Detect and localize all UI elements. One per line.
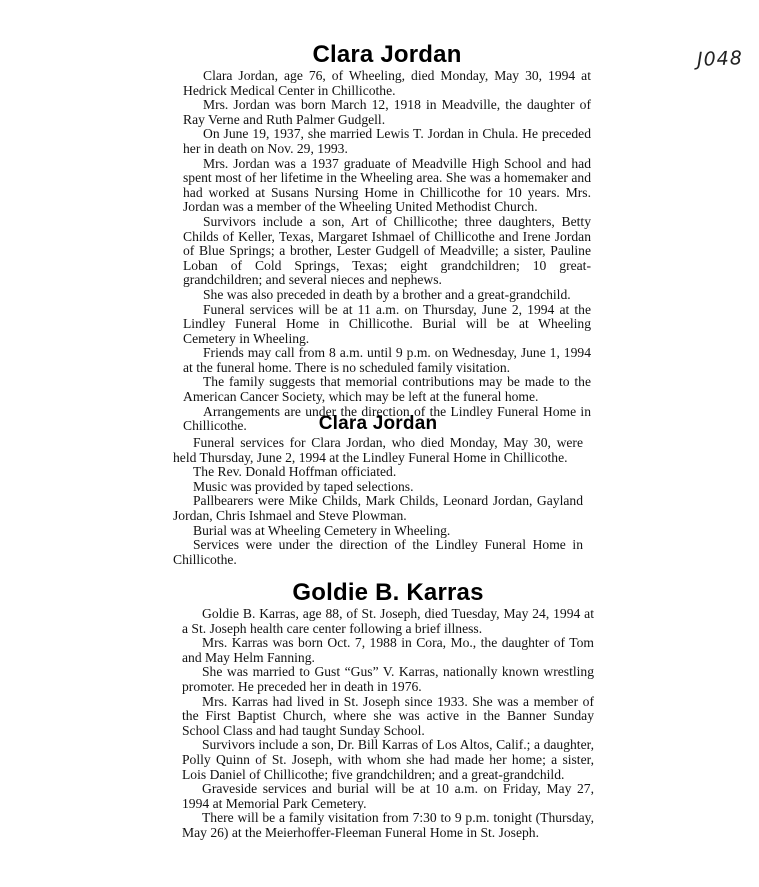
obituary-paragraph: She was married to Gust “Gus” V. Karras,… [182,665,594,694]
obituary-paragraph: Mrs. Jordan was born March 12, 1918 in M… [183,98,591,127]
obituary-paragraph: Pallbearers were Mike Childs, Mark Child… [173,494,583,523]
obituary-paragraph: Funeral services will be at 11 a.m. on T… [183,303,591,347]
obituary-paragraph: Mrs. Karras was born Oct. 7, 1988 in Cor… [182,636,594,665]
obituary-paragraph: The family suggests that memorial contri… [183,375,591,404]
obituary-heading: Clara Jordan [173,413,583,435]
scanned-page: J048 Clara Jordan Clara Jordan, age 76, … [0,0,759,887]
obituary-paragraph: Mrs. Karras had lived in St. Joseph sinc… [182,695,594,739]
obituary-paragraph: Music was provided by taped selections. [173,480,583,495]
obituary-paragraph: Survivors include a son, Dr. Bill Karras… [182,738,594,782]
obituary-heading: Clara Jordan [183,41,591,69]
handwritten-file-code: J048 [697,47,744,71]
obituary-paragraph: Services were under the direction of the… [173,538,583,567]
obituary-paragraph: The Rev. Donald Hoffman officiated. [173,465,583,480]
obituary-paragraph: Survivors include a son, Art of Chillico… [183,215,591,288]
funeral-notice-clara-jordan: Clara Jordan Funeral services for Clara … [173,413,583,567]
obituary-paragraph: Goldie B. Karras, age 88, of St. Joseph,… [182,607,594,636]
obituary-paragraph: Graveside services and burial will be at… [182,782,594,811]
obituary-paragraph: Mrs. Jordan was a 1937 graduate of Meadv… [183,157,591,215]
obituary-paragraph: There will be a family visitation from 7… [182,811,594,840]
obituary-paragraph: Clara Jordan, age 76, of Wheeling, died … [183,69,591,98]
obituary-paragraph: Funeral services for Clara Jordan, who d… [173,436,583,465]
obituary-goldie-karras: Goldie B. Karras Goldie B. Karras, age 8… [182,578,594,841]
obituary-paragraph: Burial was at Wheeling Cemetery in Wheel… [173,524,583,539]
obituary-paragraph: On June 19, 1937, she married Lewis T. J… [183,127,591,156]
obituary-clara-jordan: Clara Jordan Clara Jordan, age 76, of Wh… [183,41,591,434]
obituary-paragraph: Friends may call from 8 a.m. until 9 p.m… [183,346,591,375]
obituary-paragraph: She was also preceded in death by a brot… [183,288,591,303]
obituary-heading: Goldie B. Karras [182,578,594,607]
